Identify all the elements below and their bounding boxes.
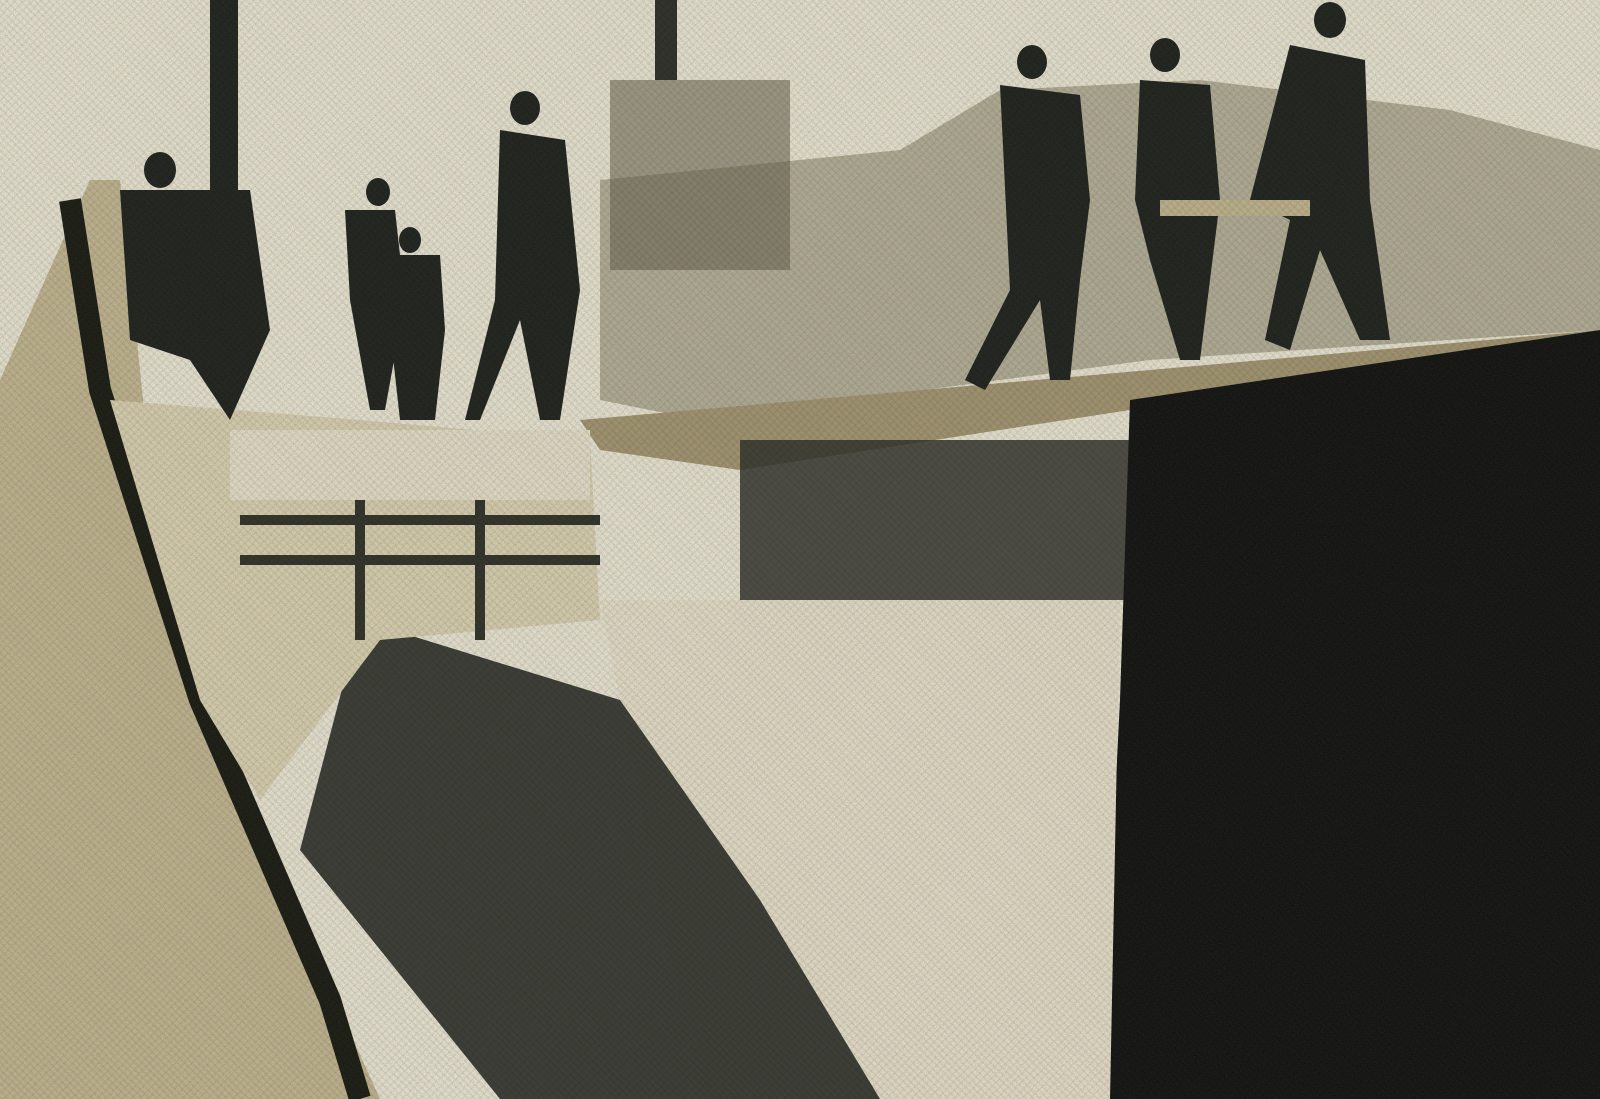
historical-dock-photograph <box>0 0 1600 1099</box>
